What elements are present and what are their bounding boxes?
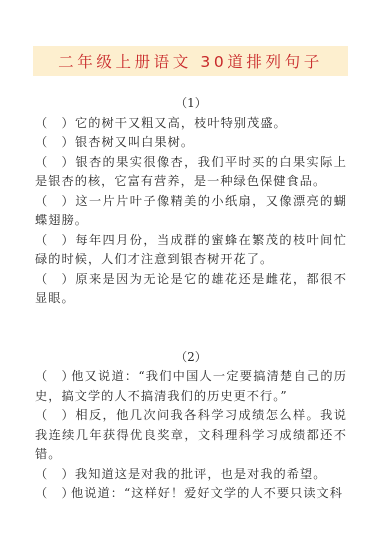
answer-blank: （ ） (35, 114, 75, 134)
sentence-text: 每年四月份，当成群的蜜蜂在繁茂的枝叶间忙碌的时候，人们才注意到银杏树开花了。 (35, 233, 347, 267)
sentence-item: （ ）它的树干又粗又高，枝叶特别茂盛。 (35, 114, 347, 134)
sentence-text: 相反，他几次问我各科学习成绩怎么样。我说我连续几年获得优良奖章，文科理科学习成绩… (35, 408, 347, 461)
document-body: （1） （ ）它的树干又粗又高，枝叶特别茂盛。 （ ）银杏树又叫白果树。 （ ）… (35, 94, 347, 504)
answer-blank: （ ） (35, 484, 71, 504)
section-heading: （2） (35, 348, 347, 368)
answer-blank: （ ） (35, 153, 75, 173)
sentence-text: 这一片片叶子像精美的小纸扇，又像漂亮的蝴蝶翅膀。 (35, 194, 347, 228)
sentence-item: （ ）银杏的果实很像杏，我们平时买的白果实际上是银杏的核，它富有营养，是一种绿色… (35, 153, 347, 192)
sentence-item: （ ）相反，他几次问我各科学习成绩怎么样。我说我连续几年获得优良奖章，文科理科学… (35, 406, 347, 465)
section-1: （1） （ ）它的树干又粗又高，枝叶特别茂盛。 （ ）银杏树又叫白果树。 （ ）… (35, 94, 347, 309)
title-banner: 二年级上册语文 30道排列句子 (33, 46, 348, 76)
answer-blank: （ ） (35, 270, 75, 290)
sentence-text: 银杏树又叫白果树。 (75, 135, 194, 149)
sentence-item: （ ）原来是因为无论是它的雄花还是雌花，都很不显眼。 (35, 270, 347, 309)
document-title: 二年级上册语文 30道排列句子 (58, 50, 323, 72)
sentence-item: （ ）他又说道：“我们中国人一定要搞清楚自己的历史，搞文学的人不搞清我们的历史更… (35, 367, 347, 406)
section-2: （2） （ ）他又说道：“我们中国人一定要搞清楚自己的历史，搞文学的人不搞清我们… (35, 348, 347, 504)
sentence-text: 银杏的果实很像杏，我们平时买的白果实际上是银杏的核，它富有营养，是一种绿色保健食… (35, 155, 347, 189)
answer-blank: （ ） (35, 367, 71, 387)
section-heading: （1） (35, 94, 347, 114)
sentence-item: （ ）银杏树又叫白果树。 (35, 133, 347, 153)
sentence-text: 他说道：“这样好！爱好文学的人不要只读文科 (71, 486, 343, 500)
sentence-item: （ ）这一片片叶子像精美的小纸扇，又像漂亮的蝴蝶翅膀。 (35, 192, 347, 231)
sentence-text: 原来是因为无论是它的雄花还是雌花，都很不显眼。 (35, 272, 347, 306)
answer-blank: （ ） (35, 465, 75, 485)
section-spacer (35, 309, 347, 348)
sentence-item: （ ）我知道这是对我的批评，也是对我的希望。 (35, 465, 347, 485)
answer-blank: （ ） (35, 231, 75, 251)
answer-blank: （ ） (35, 133, 75, 153)
sentence-text: 他又说道：“我们中国人一定要搞清楚自己的历史，搞文学的人不搞清我们的历史更不行。… (35, 369, 347, 403)
sentence-item: （ ）他说道：“这样好！爱好文学的人不要只读文科 (35, 484, 347, 504)
answer-blank: （ ） (35, 192, 75, 212)
sentence-text: 我知道这是对我的批评，也是对我的希望。 (75, 467, 327, 481)
sentence-text: 它的树干又粗又高，枝叶特别茂盛。 (75, 116, 287, 130)
sentence-item: （ ）每年四月份，当成群的蜜蜂在繁茂的枝叶间忙碌的时候，人们才注意到银杏树开花了… (35, 231, 347, 270)
answer-blank: （ ） (35, 406, 75, 426)
